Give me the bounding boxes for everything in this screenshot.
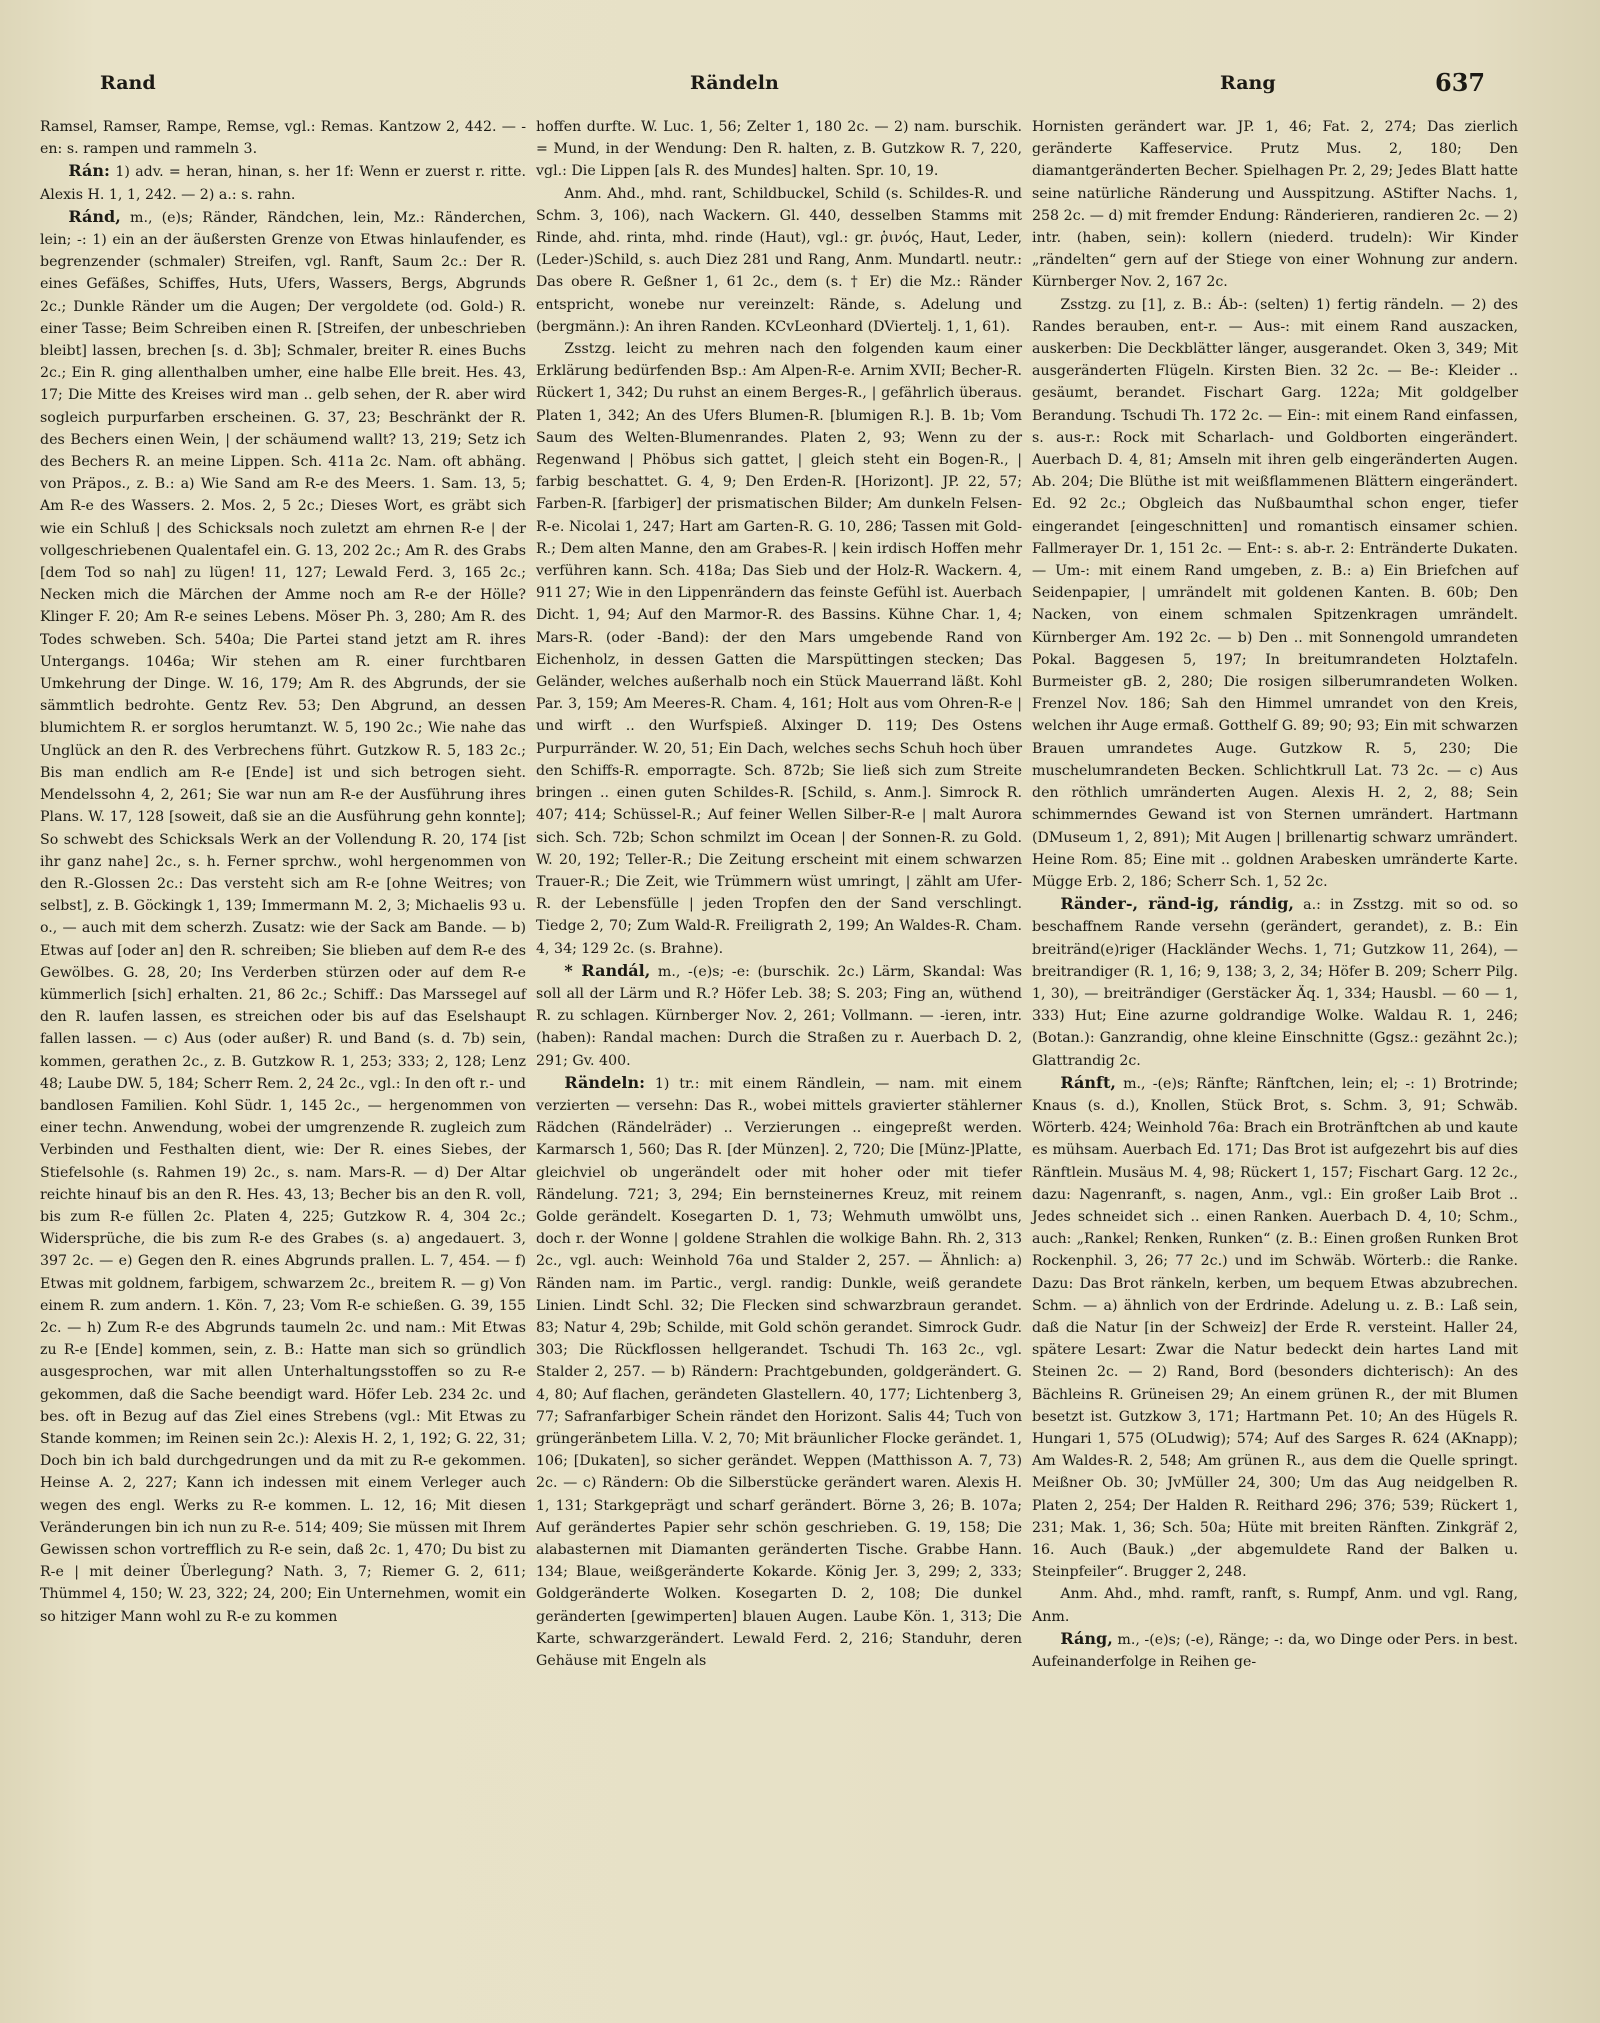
entry-text: Anm. Ahd., mhd. ramft, ranft, s. Rumpf, … — [1032, 1586, 1518, 1624]
entry-paragraph: Zsstzg. zu [1], z. B.: Áb-: (selten) 1) … — [1032, 294, 1518, 893]
left-guide-word: Rand — [100, 72, 156, 94]
dictionary-columns: Ramsel, Ramser, Rampe, Remse, vgl.: Rema… — [40, 116, 1520, 1673]
headword: Rán: — [68, 161, 110, 180]
column-right: Hornisten gerändert war. JP. 1, 46; Fat.… — [1032, 116, 1518, 1673]
entry-paragraph: Anm. Ahd., mhd. ramft, ranft, s. Rumpf, … — [1032, 1583, 1518, 1627]
entry-paragraph: Hornisten gerändert war. JP. 1, 46; Fat.… — [1032, 116, 1518, 294]
column-middle: hoffen durfte. W. Luc. 1, 56; Zelter 1, … — [536, 116, 1022, 1673]
dictionary-entry: Rán: 1) adv. = heran, hinan, s. her 1f: … — [40, 160, 526, 205]
entry-text: 1) adv. = heran, hinan, s. her 1f: Wenn … — [40, 164, 526, 202]
dictionary-entry: * Randál, m., -(e)s; -e: (burschik. 2c.)… — [536, 960, 1022, 1072]
dictionary-entry: Ränder-, ränd-ig, rándig, a.: in Zsstzg.… — [1032, 893, 1518, 1072]
entry-text: hoffen durfte. W. Luc. 1, 56; Zelter 1, … — [536, 119, 1022, 179]
dictionary-entry: Rändeln: 1) tr.: mit einem Rändlein, — n… — [536, 1072, 1022, 1672]
entry-text: m., (e)s; Ränder, Rändchen, lein, Mz.: R… — [40, 210, 526, 1625]
page-number: 637 — [1435, 68, 1485, 97]
entry-text: Anm. Ahd., mhd. rant, Schildbuckel, Schi… — [536, 186, 1022, 335]
dictionary-entry: Ráng, m., -(e)s; (-e), Ränge; -: da, wo … — [1032, 1628, 1518, 1673]
dictionary-entry: Ránft, m., -(e)s; Ränfte; Ränftchen, lei… — [1032, 1072, 1518, 1584]
dictionary-entry: Ránd, m., (e)s; Ränder, Rändchen, lein, … — [40, 206, 526, 1628]
entry-text: Zsstzg. leicht zu mehren nach den folgen… — [536, 341, 1022, 956]
headword: Ránd, — [68, 207, 120, 226]
entry-text: a.: in Zsstzg. mit so od. so beschaffnem… — [1032, 897, 1518, 1068]
entry-paragraph: Zsstzg. leicht zu mehren nach den folgen… — [536, 338, 1022, 960]
headword: * Randál, — [564, 961, 650, 980]
headword: Ränder-, ränd-ig, rándig, — [1060, 894, 1294, 913]
column-left: Ramsel, Ramser, Rampe, Remse, vgl.: Rema… — [40, 116, 526, 1673]
entry-text: Ramsel, Ramser, Rampe, Remse, vgl.: Rema… — [40, 119, 526, 157]
center-guide-word: Rändeln — [690, 72, 779, 94]
right-guide-word: Rang — [1220, 72, 1276, 94]
entry-paragraph: Anm. Ahd., mhd. rant, Schildbuckel, Schi… — [536, 183, 1022, 338]
headword: Ráng, — [1060, 1629, 1112, 1648]
entry-text: 1) tr.: mit einem Rändlein, — nam. mit e… — [536, 1076, 1022, 1669]
entry-paragraph: Ramsel, Ramser, Rampe, Remse, vgl.: Rema… — [40, 116, 526, 160]
headword: Ránft, — [1060, 1073, 1116, 1092]
entry-text: m., -(e)s; Ränfte; Ränftchen, lein; el; … — [1032, 1076, 1518, 1580]
entry-text: Hornisten gerändert war. JP. 1, 46; Fat.… — [1032, 119, 1518, 290]
entry-text: Zsstzg. zu [1], z. B.: Áb-: (selten) 1) … — [1032, 297, 1518, 890]
entry-paragraph: hoffen durfte. W. Luc. 1, 56; Zelter 1, … — [536, 116, 1022, 183]
headword: Rändeln: — [564, 1073, 645, 1092]
running-header: Rand Rändeln Rang 637 — [40, 72, 1520, 112]
